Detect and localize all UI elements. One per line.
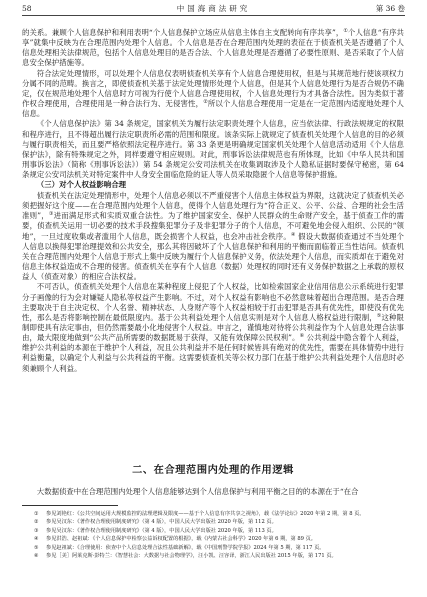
paragraph: 的关系。兼顾个人信息保护和利用表明“个人信息保护立场应从信息主体自主支配转向有序… xyxy=(22,28,404,69)
header-rule xyxy=(22,15,405,16)
footnote-text: 参见吴汉东：《著作权合理使用制度研究》（第 4 版），中国人民大学出版社 202… xyxy=(46,528,277,534)
section-title: 二、在合理范围内处理的作用逻辑 xyxy=(22,464,404,478)
paragraph: 符合法定处理情形，可以处理个人信息仅表明侦查机关享有个人信息合理使用权，但是与其… xyxy=(22,69,404,120)
footnote-mark: ⑤ xyxy=(34,544,46,552)
paragraph: 侦查机关在法定处理情形中，处理个人信息必须以不严重侵害个人信息主体权益为界限，这… xyxy=(22,191,404,282)
footnote-item: ②参见吴汉东：《著作权合理使用制度研究》（第 4 版），中国人民大学出版社 20… xyxy=(22,518,404,526)
paragraph-text: 的关系。兼顾个人信息保护和利用表明“个人信息保护立场应从信息主体自主支配转向有序… xyxy=(22,28,343,37)
footnote-mark: ④ xyxy=(34,535,46,543)
paragraph-text: 不可否认，侦查机关处理个人信息在某种程度上侵犯了个人权益，比如检索国家企业信用信… xyxy=(22,282,404,321)
journal-page: 58 中国海商法研究 第 36 卷 的关系。兼顾个人信息保护和利用表明“个人信息… xyxy=(0,0,427,597)
subheading: （三）对个人权益影响合理 xyxy=(22,180,404,191)
footnote-mark: ⑥ xyxy=(34,552,46,560)
section-first-line: 大数据侦查中在合理范围内处理个人信息能够达到个人信息保护与利用平衡之目的的本源在… xyxy=(22,487,404,497)
footnote-text: 参见赵祖斌：《合理使用：侦查中个人信息处理合法性基础新解》，载《中国刑警学院学报… xyxy=(46,545,324,551)
paragraph: 《个人信息保护法》第 34 条规定，国家机关为履行法定职责处理个人信息，应当依法… xyxy=(22,119,404,180)
footnote-item: ①参见刘艳红：《公共空间运用大规模监控的法理逻辑及限度——基于个人信息有序共享之… xyxy=(22,510,404,518)
volume-label: 第 36 卷 xyxy=(376,3,405,15)
footnote-mark: ① xyxy=(34,510,46,518)
footnote-item: ④参见洪浩、赵祖斌：《个人信息保护中检察公益诉权配置的根据》，载《内蒙古社会科学… xyxy=(22,535,404,543)
footnote-text: 参见洪浩、赵祖斌：《个人信息保护中检察公益诉权配置的根据》，载《内蒙古社会科学》… xyxy=(46,536,316,542)
footnote-item: ⑤参见赵祖斌：《合理使用：侦查中个人信息处理合法性基础新解》，载《中国刑警学院学… xyxy=(22,544,404,552)
body-text: 的关系。兼顾个人信息保护和利用表明“个人信息保护立场应从信息主体自主支配转向有序… xyxy=(22,28,404,374)
footnote-mark: ③ xyxy=(34,527,46,535)
footnote-item: ③参见吴汉东：《著作权合理使用制度研究》（第 4 版），中国人民大学出版社 20… xyxy=(22,527,404,535)
running-head: 58 中国海商法研究 第 36 卷 xyxy=(22,3,405,15)
footnote-text: 参见刘艳红：《公共空间运用大规模监控的法理逻辑及限度——基于个人信息有序共享之视… xyxy=(46,511,365,517)
footnote-item: ⑥参见［美］阿莱克斯·彭特兰：《智慧社会：大数据与社会物理学》，汪小凯、汪容译，… xyxy=(22,552,404,560)
footnotes: ①参见刘艳红：《公共空间运用大规模监控的法理逻辑及限度——基于个人信息有序共享之… xyxy=(22,510,404,560)
paragraph-text: 《个人信息保护法》第 34 条规定，国家机关为履行法定职责处理个人信息，应当依法… xyxy=(22,119,404,179)
footnote-text: 参见吴汉东：《著作权合理使用制度研究》（第 4 版），中国人民大学出版社 202… xyxy=(46,519,277,525)
journal-title: 中国海商法研究 xyxy=(22,3,405,15)
footnote-text: 参见［美］阿莱克斯·彭特兰：《智慧社会：大数据与社会物理学》，汪小凯、汪容译，浙… xyxy=(46,553,337,559)
paragraph: 不可否认，侦查机关处理个人信息在某种程度上侵犯了个人权益，比如检索国家企业信用信… xyxy=(22,282,404,373)
footnote-mark: ② xyxy=(34,518,46,526)
footnote-rule xyxy=(22,505,118,506)
